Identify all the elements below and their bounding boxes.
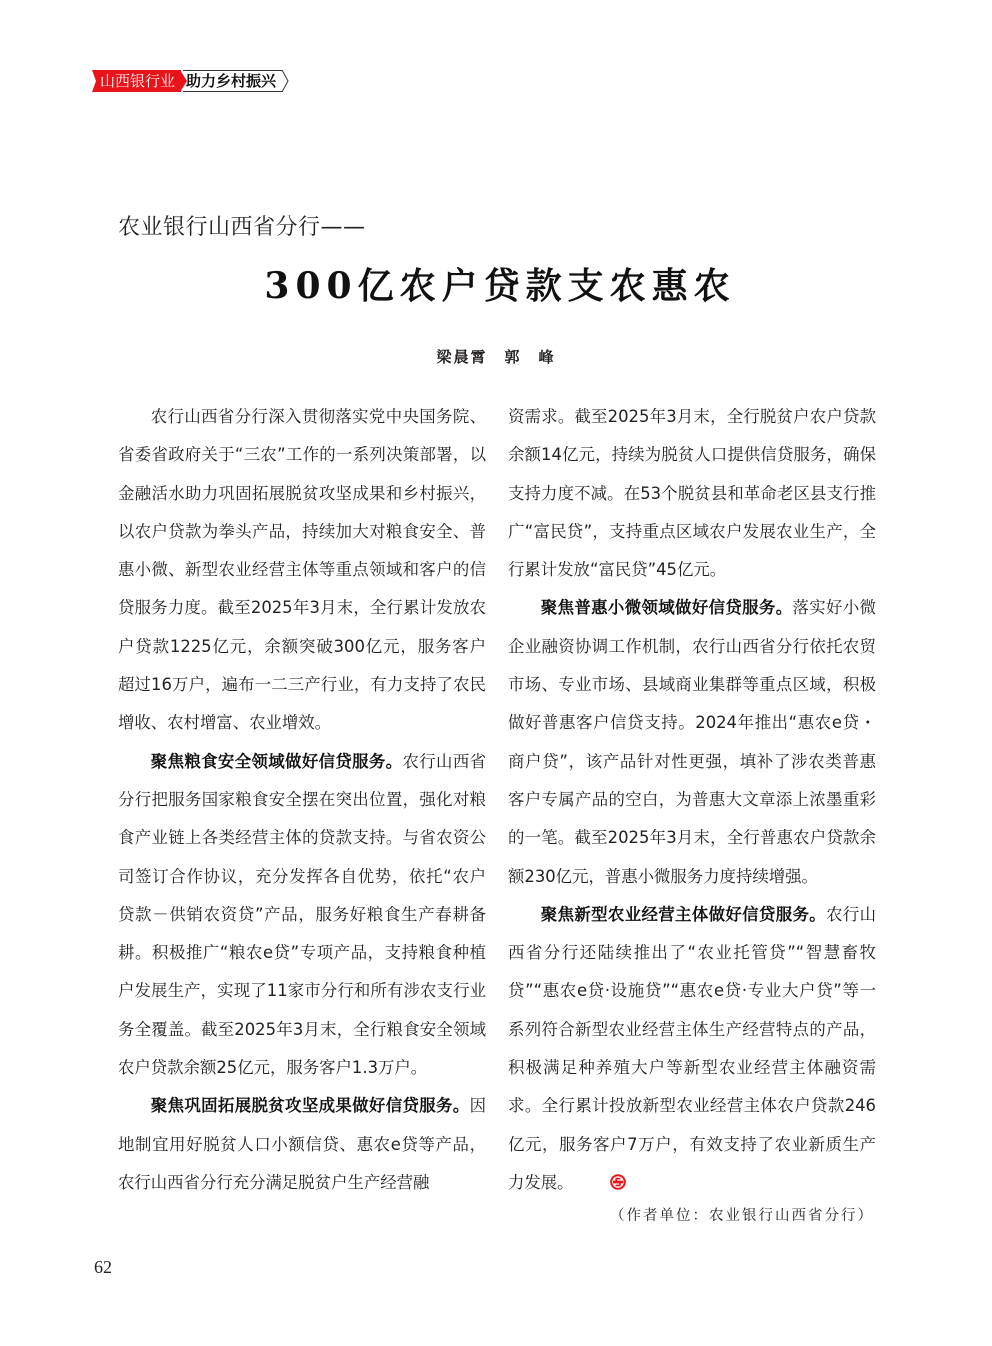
left-column: 农行山西省分行深入贯彻落实党中央国务院、省委省政府关于“三农”工作的一系列决策部… [118,398,486,1202]
section-heading: 聚焦普惠小微领域做好信贷服务。 [541,598,793,617]
section-heading: 聚焦巩固拓展脱贫攻坚成果做好信贷服务。 [151,1096,470,1115]
section-label-white: 助力乡村振兴 [183,70,282,92]
paragraph-body: 农行山西省分行把服务国家粮食安全摆在突出位置，强化对粮食产业链上各类经营主体的贷… [118,752,486,1077]
section-banner: 山西银行业 助力乡村振兴 [92,68,290,94]
article-kicker: 农业银行山西省分行—— [118,210,366,241]
paragraph-poverty: 聚焦巩固拓展脱贫攻坚成果做好信贷服务。因地制宜用好脱贫人口小额信贷、惠农e贷等产… [118,1087,486,1202]
author-affiliation: （作者单位：农业银行山西省分行） [610,1204,874,1225]
paragraph-poverty-continued: 资需求。截至2025年3月末，全行脱贫户农户贷款余额14亿元，持续为脱贫人口提供… [508,398,876,589]
right-column: 资需求。截至2025年3月末，全行脱贫户农户贷款余额14亿元，持续为脱贫人口提供… [508,398,876,1202]
banner-chevron-icon [282,70,290,92]
article-title: 300亿农户贷款支农惠农 [0,258,992,309]
journal-end-mark-icon [578,1166,594,1182]
section-label-red: 山西银行业 [92,70,181,92]
paragraph-intro: 农行山西省分行深入贯彻落实党中央国务院、省委省政府关于“三农”工作的一系列决策部… [118,398,486,743]
article-authors: 梁晨霄 郭 峰 [0,346,992,367]
section-heading: 聚焦粮食安全领域做好信贷服务。 [151,752,403,771]
page-number: 62 [94,1257,112,1278]
paragraph-body: 农行山西省分行还陆续推出了“农业托管贷”“智慧畜牧贷”“惠农e贷·设施贷”“惠农… [508,905,876,1192]
paragraph-new-agri-entities: 聚焦新型农业经营主体做好信贷服务。农行山西省分行还陆续推出了“农业托管贷”“智慧… [508,896,876,1202]
paragraph-food-security: 聚焦粮食安全领域做好信贷服务。农行山西省分行把服务国家粮食安全摆在突出位置，强化… [118,743,486,1088]
paragraph-body: 落实好小微企业融资协调工作机制，农行山西省分行依托农贸市场、专业市场、县域商业集… [508,598,876,885]
paragraph-inclusive-finance: 聚焦普惠小微领域做好信贷服务。落实好小微企业融资协调工作机制，农行山西省分行依托… [508,589,876,895]
section-heading: 聚焦新型农业经营主体做好信贷服务。 [541,905,826,924]
